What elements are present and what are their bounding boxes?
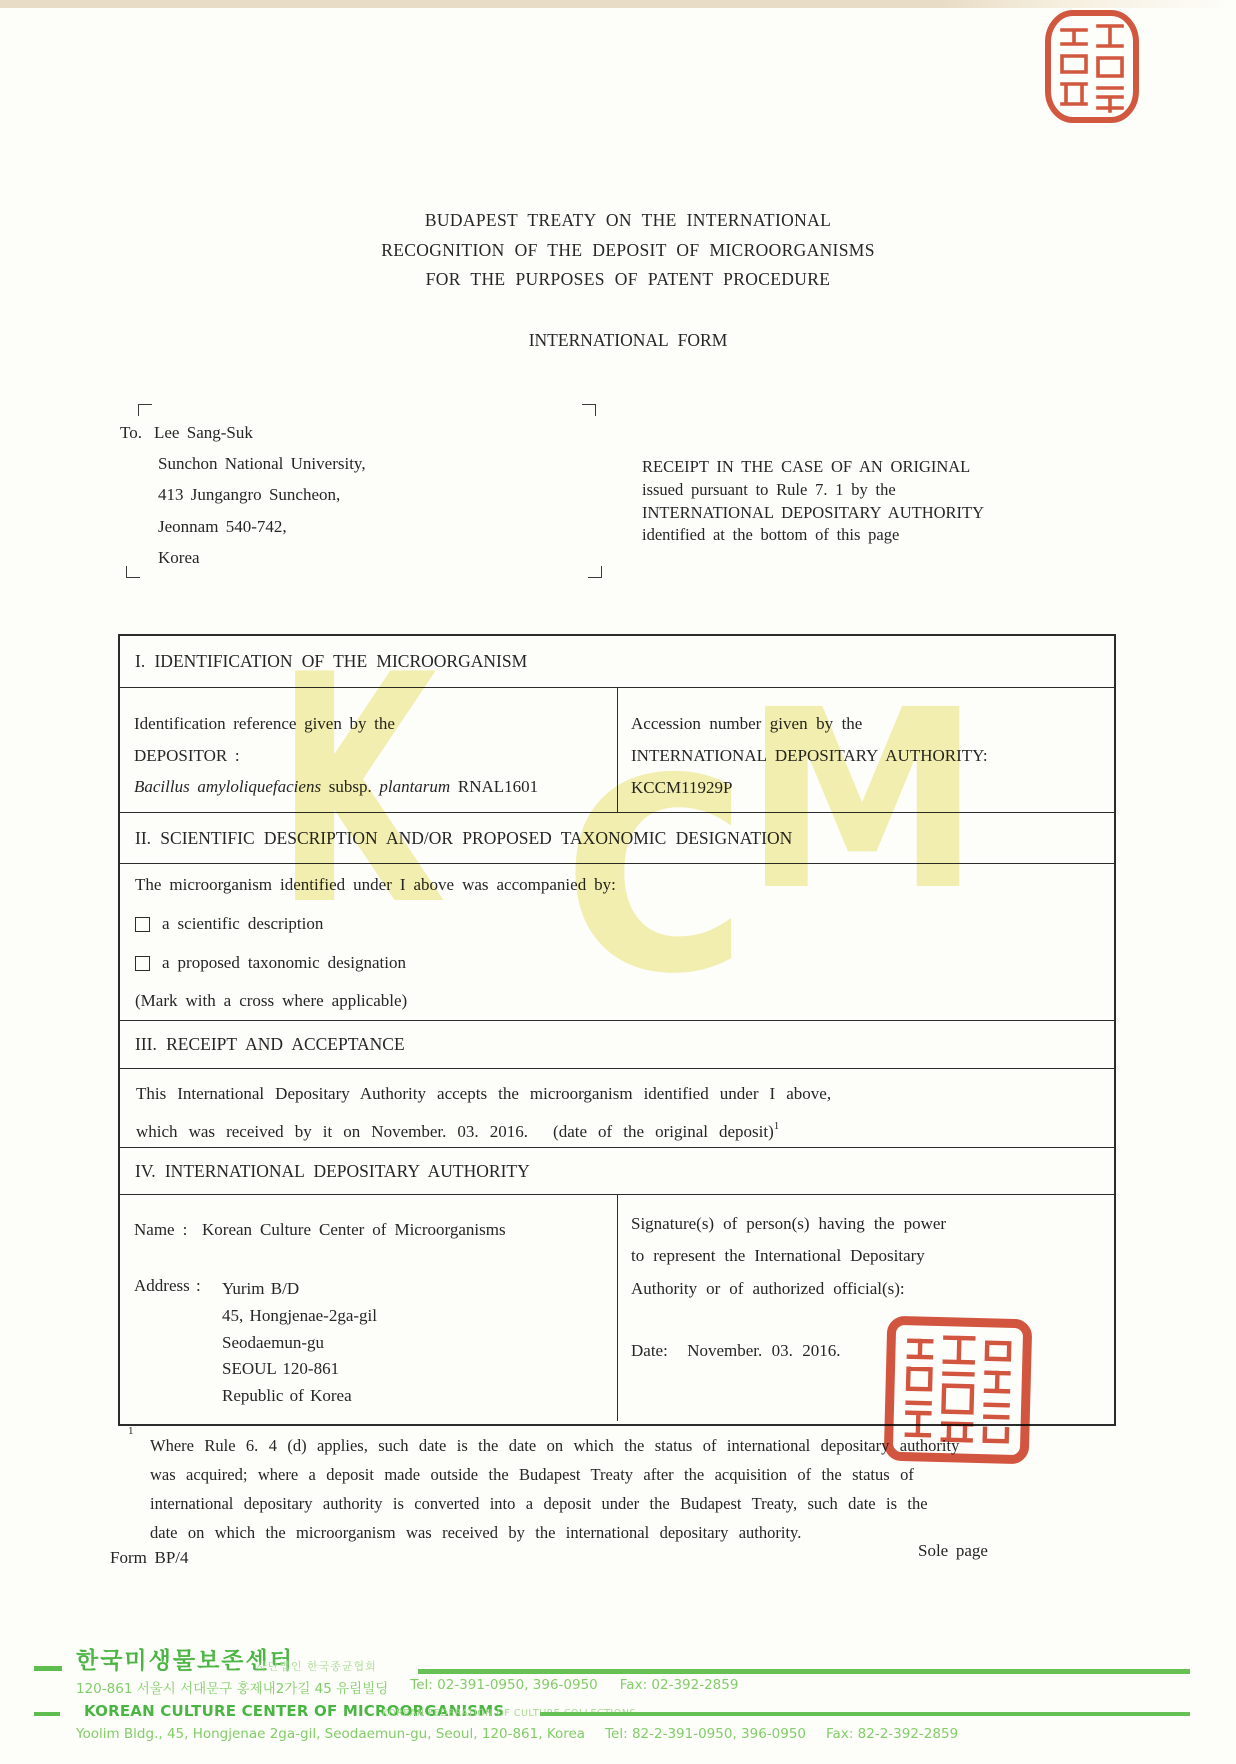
recipient-name-line: To.Lee Sang-Suk	[120, 417, 366, 448]
sole-page-label: Sole page	[918, 1541, 988, 1561]
receipt-notice: RECEIPT IN THE CASE OF AN ORIGINAL issue…	[642, 456, 1052, 547]
accompanied-by-line: The microorganism identified under I abo…	[135, 874, 1114, 896]
english-fax: Fax: 82-2-392-2859	[826, 1726, 958, 1742]
window-corner-mark	[588, 566, 602, 578]
checkbox-option-row: a scientific description	[135, 913, 1114, 935]
organism-rank: subsp.	[329, 777, 372, 796]
signature-line: Signature(s) of person(s) having the pow…	[631, 1208, 1114, 1240]
recipient-address-line: 413 Jungangro Suncheon,	[120, 479, 366, 510]
signature-line: Authority or of authorized official(s):	[631, 1273, 1114, 1305]
ida-address-line: 45, Hongjenae-2ga-gil	[222, 1303, 377, 1330]
form-table: I. IDENTIFICATION OF THE MICROORGANISM I…	[118, 634, 1116, 1426]
ida-name-value: Korean Culture Center of Microorganisms	[202, 1216, 506, 1243]
form-id-label: Form BP/4	[110, 1548, 189, 1568]
ida-name-address-cell: Name : Korean Culture Center of Microorg…	[120, 1195, 618, 1421]
checkbox-icon	[135, 956, 150, 971]
korean-fax: Fax: 02-392-2859	[620, 1677, 739, 1697]
recipient-name: Lee Sang-Suk	[154, 423, 253, 442]
korean-address: 120-861 서울시 서대문구 홍제내2가길 45 유림빌딩	[76, 1677, 388, 1697]
form-type-label: INTERNATIONAL FORM	[0, 330, 1236, 351]
section-heading-text: I. IDENTIFICATION OF THE MICROORGANISM	[135, 651, 527, 672]
depositor-ref-line: Identification reference given by the	[134, 708, 617, 740]
checkbox-option-row: a proposed taxonomic designation	[135, 952, 1114, 974]
section-heading-text: IV. INTERNATIONAL DEPOSITARY AUTHORITY	[135, 1161, 530, 1182]
footnote-line: date on which the microorganism was rece…	[150, 1518, 1150, 1547]
date-value: November. 03. 2016.	[687, 1341, 840, 1360]
footnote-marker: 1	[128, 1425, 134, 1437]
signature-statement: Signature(s) of person(s) having the pow…	[631, 1208, 1114, 1305]
acceptance-line: This International Depositary Authority …	[136, 1078, 1114, 1110]
original-deposit-paren: (date of the original deposit)	[553, 1122, 774, 1141]
date-label: Date:	[631, 1341, 668, 1360]
window-corner-mark	[582, 404, 596, 416]
receipt-notice-line: RECEIPT IN THE CASE OF AN ORIGINAL	[642, 456, 1052, 479]
document-title: BUDAPEST TREATY ON THE INTERNATIONAL REC…	[0, 206, 1236, 295]
window-corner-mark	[138, 404, 152, 416]
document-page: BUDAPEST TREATY ON THE INTERNATIONAL REC…	[0, 0, 1236, 1764]
ida-address-line: SEOUL 120-861	[222, 1356, 377, 1383]
section-2-content: The microorganism identified under I abo…	[120, 864, 1114, 1021]
ida-name-line: Name : Korean Culture Center of Microorg…	[134, 1216, 617, 1243]
receipt-notice-line: INTERNATIONAL DEPOSITARY AUTHORITY	[642, 502, 1052, 525]
received-date-text: which was received by it on November. 03…	[136, 1122, 528, 1141]
recipient-address-line: Korea	[120, 542, 366, 573]
organism-genus-species: Bacillus amyloliquefaciens	[134, 777, 321, 796]
ida-address-line: Seodaemun-gu	[222, 1330, 377, 1357]
signature-date-line: Date: November. 03. 2016.	[631, 1336, 1114, 1366]
footer-english-address-line: Yoolim Bldg., 45, Hongjenae 2ga-gil, Seo…	[76, 1726, 958, 1742]
recipient-address-line: Jeonnam 540-742,	[120, 511, 366, 542]
receipt-notice-line: issued pursuant to Rule 7. 1 by the	[642, 479, 1052, 502]
checkbox-option-label: a scientific description	[162, 913, 323, 935]
scan-edge-strip	[0, 0, 1236, 8]
depositor-reference-cell: Identification reference given by the DE…	[120, 688, 618, 812]
footnote-line: international depositary authority is co…	[150, 1489, 1150, 1518]
accession-number-cell: Accession number given by the INTERNATIO…	[618, 688, 1114, 812]
section-3-content: This International Depositary Authority …	[120, 1069, 1114, 1148]
checkbox-icon	[135, 917, 150, 932]
red-seal-stamp-icon	[1044, 10, 1140, 124]
mark-cross-note: (Mark with a cross where applicable)	[135, 990, 1114, 1012]
section-1-heading: I. IDENTIFICATION OF THE MICROORGANISM	[120, 636, 1114, 688]
footer-korean-address-line: 120-861 서울시 서대문구 홍제내2가길 45 유림빌딩 Tel: 02-…	[76, 1677, 738, 1697]
footnote-reference: 1	[774, 1120, 780, 1132]
footer-korean-subtitle: 사단법인 한국종균협회	[256, 1658, 377, 1674]
address-label: Address :	[134, 1276, 222, 1410]
acceptance-date-line: which was received by it on November. 03…	[136, 1110, 1114, 1148]
english-address: Yoolim Bldg., 45, Hongjenae 2ga-gil, Seo…	[76, 1726, 585, 1742]
ida-address-line: Republic of Korea	[222, 1383, 377, 1410]
section-heading-text: II. SCIENTIFIC DESCRIPTION AND/OR PROPOS…	[135, 828, 792, 849]
title-line: FOR THE PURPOSES OF PATENT PROCEDURE	[0, 265, 1236, 295]
korean-tel: Tel: 02-391-0950, 396-0950	[410, 1677, 597, 1697]
accession-number: KCCM11929P	[631, 772, 1114, 804]
depositor-ref-line: DEPOSITOR :	[134, 740, 617, 772]
section-3-heading: III. RECEIPT AND ACCEPTANCE	[120, 1021, 1114, 1069]
signature-seal-stamp-icon	[882, 1314, 1034, 1466]
english-tel: Tel: 82-2-391-0950, 396-0950	[605, 1726, 806, 1742]
checkbox-option-label: a proposed taxonomic designation	[162, 952, 406, 974]
organism-subspecies: plantarum	[379, 777, 450, 796]
recipient-address-line: Sunchon National University,	[120, 448, 366, 479]
ida-address-line: Yurim B/D	[222, 1276, 377, 1303]
accession-line: Accession number given by the	[631, 708, 1114, 740]
accession-line: INTERNATIONAL DEPOSITARY AUTHORITY:	[631, 740, 1114, 772]
to-prefix: To.	[120, 423, 142, 442]
name-label: Name :	[134, 1216, 202, 1243]
receipt-notice-line: identified at the bottom of this page	[642, 524, 1052, 547]
organism-strain-code: RNAL1601	[458, 777, 538, 796]
footer-rule	[540, 1712, 1190, 1716]
section-heading-text: III. RECEIPT AND ACCEPTANCE	[135, 1034, 405, 1055]
recipient-address-block: To.Lee Sang-Suk Sunchon National Univers…	[120, 417, 366, 573]
title-line: RECOGNITION OF THE DEPOSIT OF MICROORGAN…	[0, 236, 1236, 266]
footer-dash	[34, 1666, 62, 1671]
signature-line: to represent the International Depositar…	[631, 1240, 1114, 1272]
section-1-content: Identification reference given by the DE…	[120, 688, 1114, 813]
section-4-heading: IV. INTERNATIONAL DEPOSITARY AUTHORITY	[120, 1148, 1114, 1195]
signature-cell: Signature(s) of person(s) having the pow…	[618, 1195, 1114, 1421]
ida-address-block: Address : Yurim B/D 45, Hongjenae-2ga-gi…	[134, 1276, 617, 1410]
footer-dash	[34, 1712, 60, 1716]
footer-rule	[418, 1669, 1190, 1674]
organism-name-line: Bacillus amyloliquefaciens subsp. planta…	[134, 771, 617, 803]
section-2-heading: II. SCIENTIFIC DESCRIPTION AND/OR PROPOS…	[120, 813, 1114, 864]
title-line: BUDAPEST TREATY ON THE INTERNATIONAL	[0, 206, 1236, 236]
